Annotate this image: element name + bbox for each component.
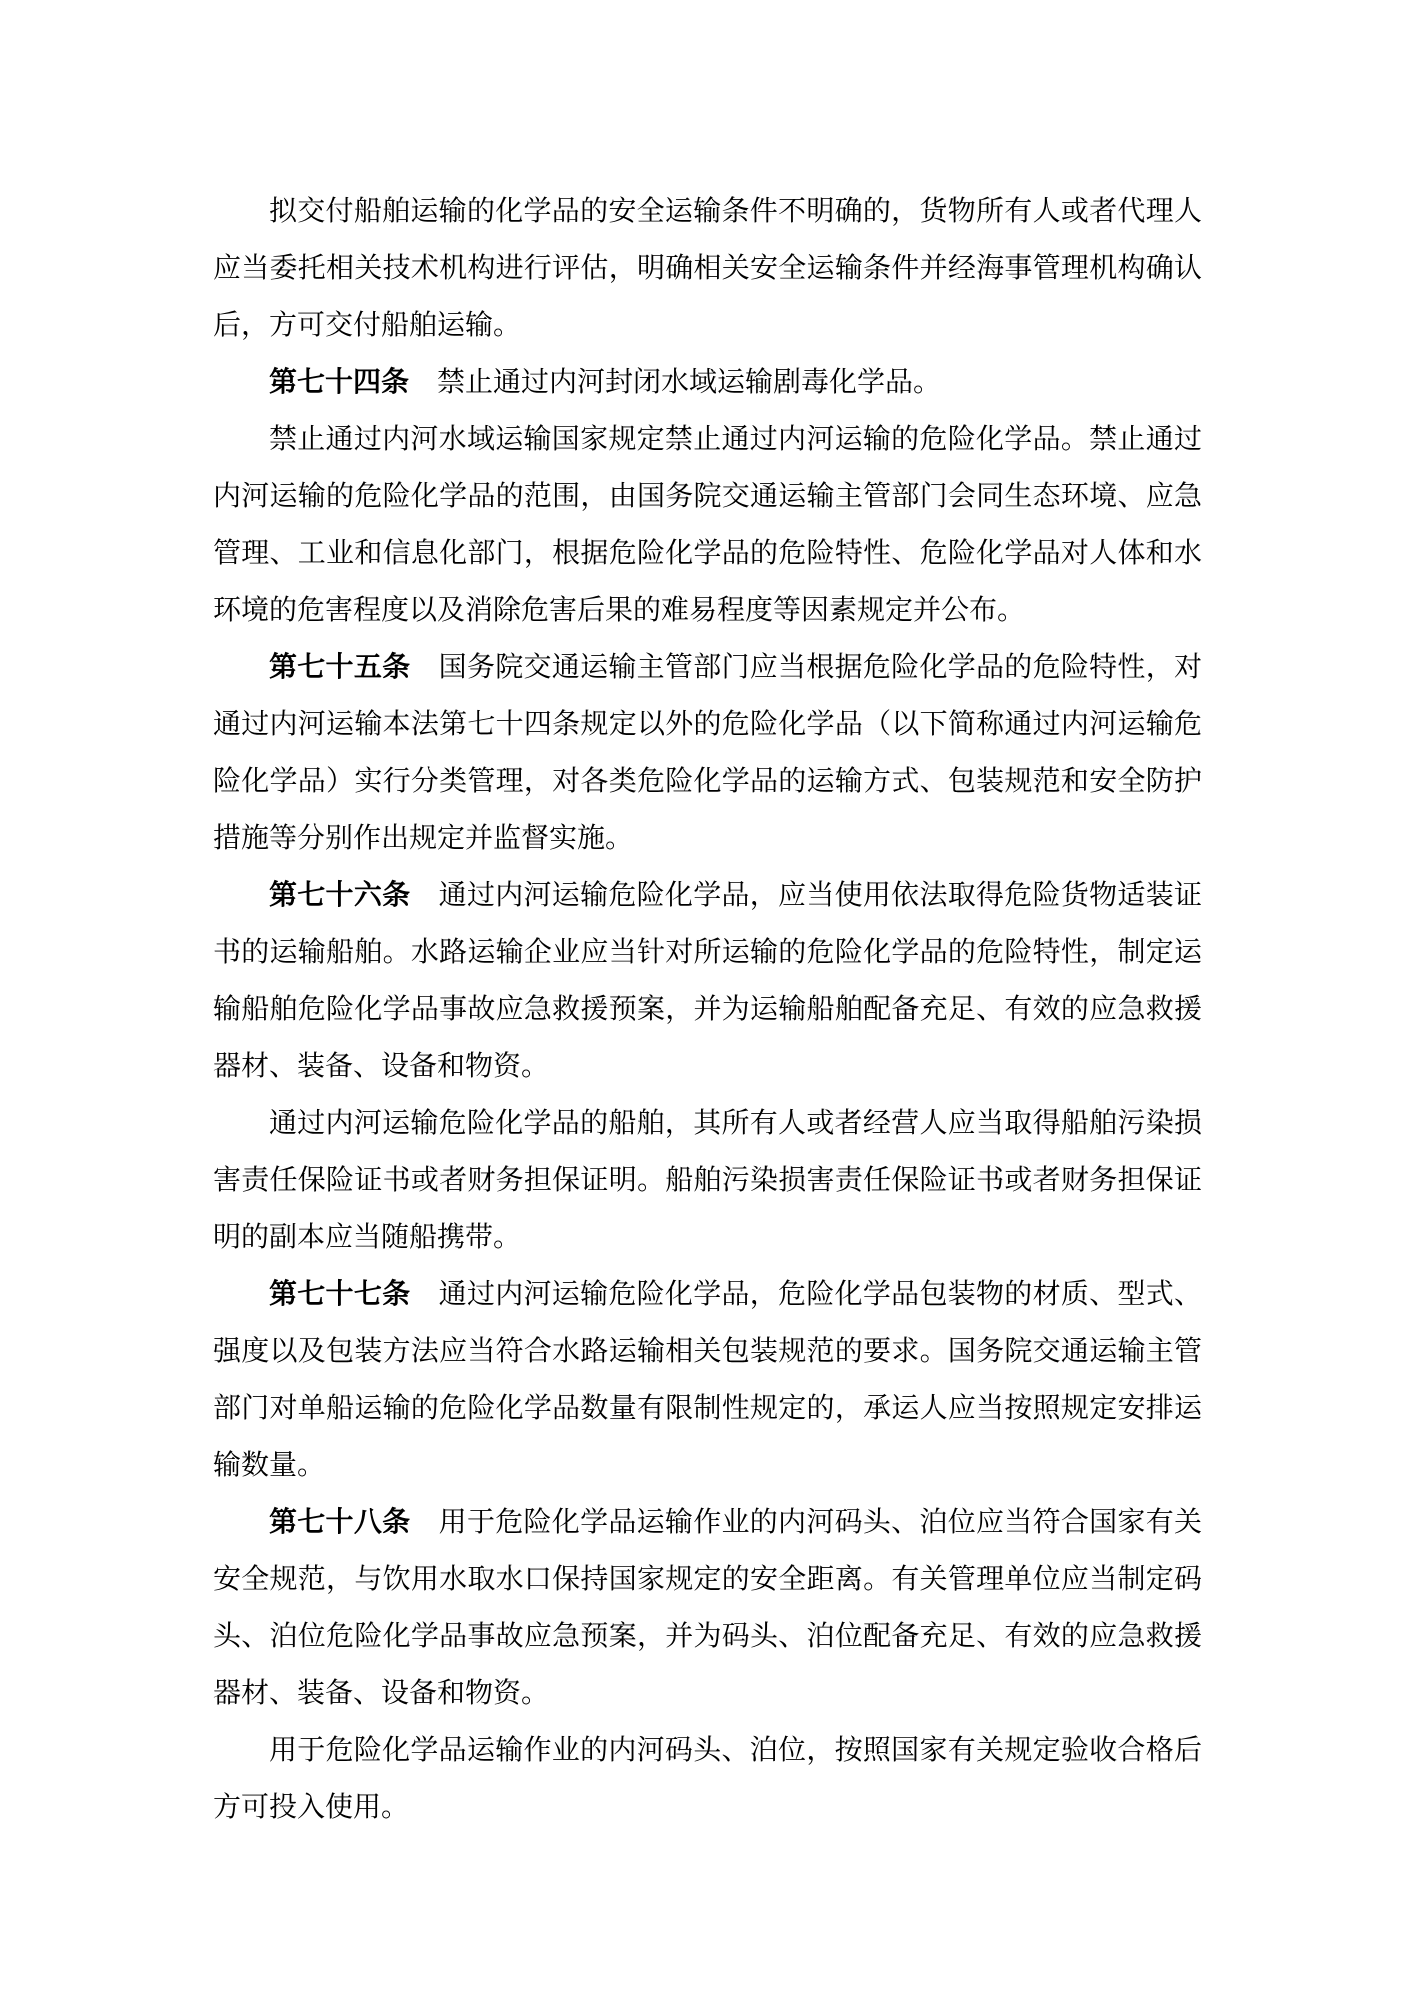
article-number: 第七十四条: [269, 367, 409, 398]
paragraph: 用于危险化学品运输作业的内河码头、泊位，按照国家有关规定验收合格后方可投入使用。: [213, 1722, 1202, 1836]
paragraph: 第七十六条通过内河运输危险化学品，应当使用依法取得危险货物适装证书的运输船舶。水…: [213, 867, 1202, 1095]
paragraph-text: 通过内河运输危险化学品的船舶，其所有人或者经营人应当取得船舶污染损害责任保险证书…: [213, 1108, 1202, 1253]
paragraph-text: 禁止通过内河封闭水域运输剧毒化学品。: [437, 367, 941, 398]
paragraph: 禁止通过内河水域运输国家规定禁止通过内河运输的危险化学品。禁止通过内河运输的危险…: [213, 411, 1202, 639]
paragraph: 拟交付船舶运输的化学品的安全运输条件不明确的，货物所有人或者代理人应当委托相关技…: [213, 183, 1202, 354]
paragraph: 第七十八条用于危险化学品运输作业的内河码头、泊位应当符合国家有关安全规范，与饮用…: [213, 1494, 1202, 1722]
paragraph-text: 用于危险化学品运输作业的内河码头、泊位，按照国家有关规定验收合格后方可投入使用。: [213, 1735, 1202, 1823]
article-number: 第七十六条: [269, 880, 410, 911]
article-number: 第七十八条: [269, 1507, 410, 1538]
paragraph: 第七十七条通过内河运输危险化学品，危险化学品包装物的材质、型式、强度以及包装方法…: [213, 1266, 1202, 1494]
document-page: 拟交付船舶运输的化学品的安全运输条件不明确的，货物所有人或者代理人应当委托相关技…: [0, 0, 1414, 2000]
article-number: 第七十七条: [269, 1279, 410, 1310]
paragraph: 第七十四条禁止通过内河封闭水域运输剧毒化学品。: [213, 354, 1202, 411]
paragraph-text: 拟交付船舶运输的化学品的安全运输条件不明确的，货物所有人或者代理人应当委托相关技…: [213, 196, 1202, 341]
document-body: 拟交付船舶运输的化学品的安全运输条件不明确的，货物所有人或者代理人应当委托相关技…: [213, 183, 1202, 1836]
paragraph: 第七十五条国务院交通运输主管部门应当根据危险化学品的危险特性，对通过内河运输本法…: [213, 639, 1202, 867]
article-number: 第七十五条: [269, 652, 410, 683]
paragraph: 通过内河运输危险化学品的船舶，其所有人或者经营人应当取得船舶污染损害责任保险证书…: [213, 1095, 1202, 1266]
paragraph-text: 禁止通过内河水域运输国家规定禁止通过内河运输的危险化学品。禁止通过内河运输的危险…: [213, 424, 1202, 626]
